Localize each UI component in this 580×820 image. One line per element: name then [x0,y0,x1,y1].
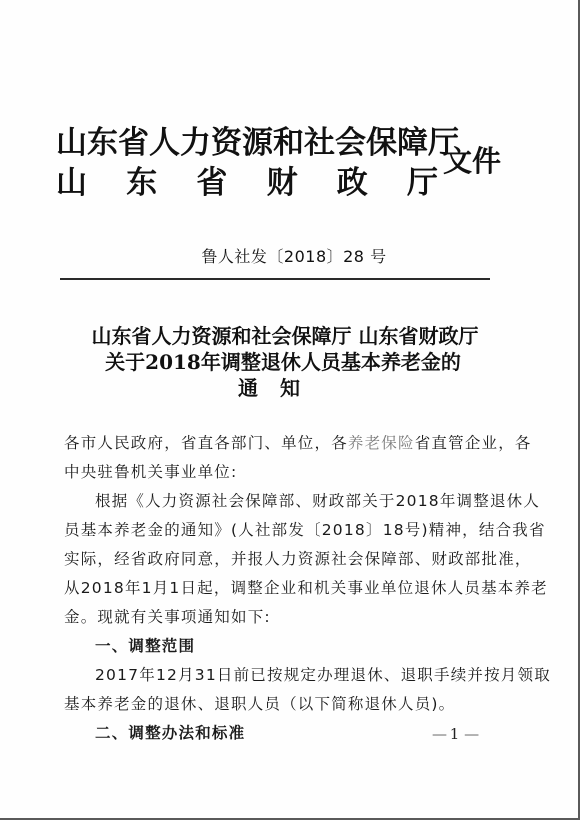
section-heading: 一、调整范围 [95,634,195,656]
paragraph-line: 根据《人力资源社会保障部、财政部关于2018年调整退休人 [95,489,540,511]
paragraph-line: 金。现就有关事项通知如下: [64,605,271,627]
page-number-value: 1 [450,725,460,743]
document-page: 山东省人力资源和社会保障厅 山 东 省 财 政 厅 文件 鲁人社发〔2018〕2… [0,0,580,820]
addressee-text: 省直管企业，各 [415,434,532,452]
page-number: — 1 — [432,725,477,743]
paragraph-line: 基本养老金的退休、退职人员（以下简称退休人员)。 [64,692,455,714]
header-divider [60,278,490,280]
issuer-name-line1: 山东省人力资源和社会保障厅 [56,117,436,162]
issuer-char: 财 [267,157,298,202]
addressee-text: 各市人民政府，省直各部门、单位，各 [64,434,348,452]
paragraph-line: 实际，经省政府同意，并报人力资源社会保障部、财政部批准， [64,547,532,569]
section-heading: 二、调整办法和标准 [95,721,245,743]
addressee-text-faded: 养老保险 [348,434,415,452]
document-title-line1: 山东省人力资源和社会保障厅 山东省财政厅 [0,320,580,349]
document-suffix: 文件 [443,139,501,180]
issuer-char: 山 [56,157,87,202]
paragraph-line: 2017年12月31日前已按规定办理退休、退职手续并按月领取 [95,663,551,685]
issuer-char: 政 [337,157,368,202]
dash-left: — [432,725,445,743]
issuer-char: 东 [126,157,157,202]
document-number: 鲁人社发〔2018〕28 号 [0,244,580,267]
addressee-line: 中央驻鲁机关事业单位: [64,460,237,482]
issuer-char: 厅 [407,157,438,202]
paragraph-line: 从2018年1月1日起，调整企业和机关事业单位退休人员基本养老 [64,576,548,598]
issuer-name-line2: 山 东 省 财 政 厅 [56,157,438,202]
paragraph-line: 员基本养老金的通知》(人社部发〔2018〕18号)精神，结合我省 [64,518,546,540]
document-title-line2: 关于2018年调整退休人员基本养老金的 [0,346,580,375]
document-title-line3: 通知 [0,372,580,401]
addressee-line: 各市人民政府，省直各部门、单位，各养老保险省直管企业，各 [64,431,532,453]
dash-right: — [464,725,477,743]
issuer-char: 省 [196,157,227,202]
